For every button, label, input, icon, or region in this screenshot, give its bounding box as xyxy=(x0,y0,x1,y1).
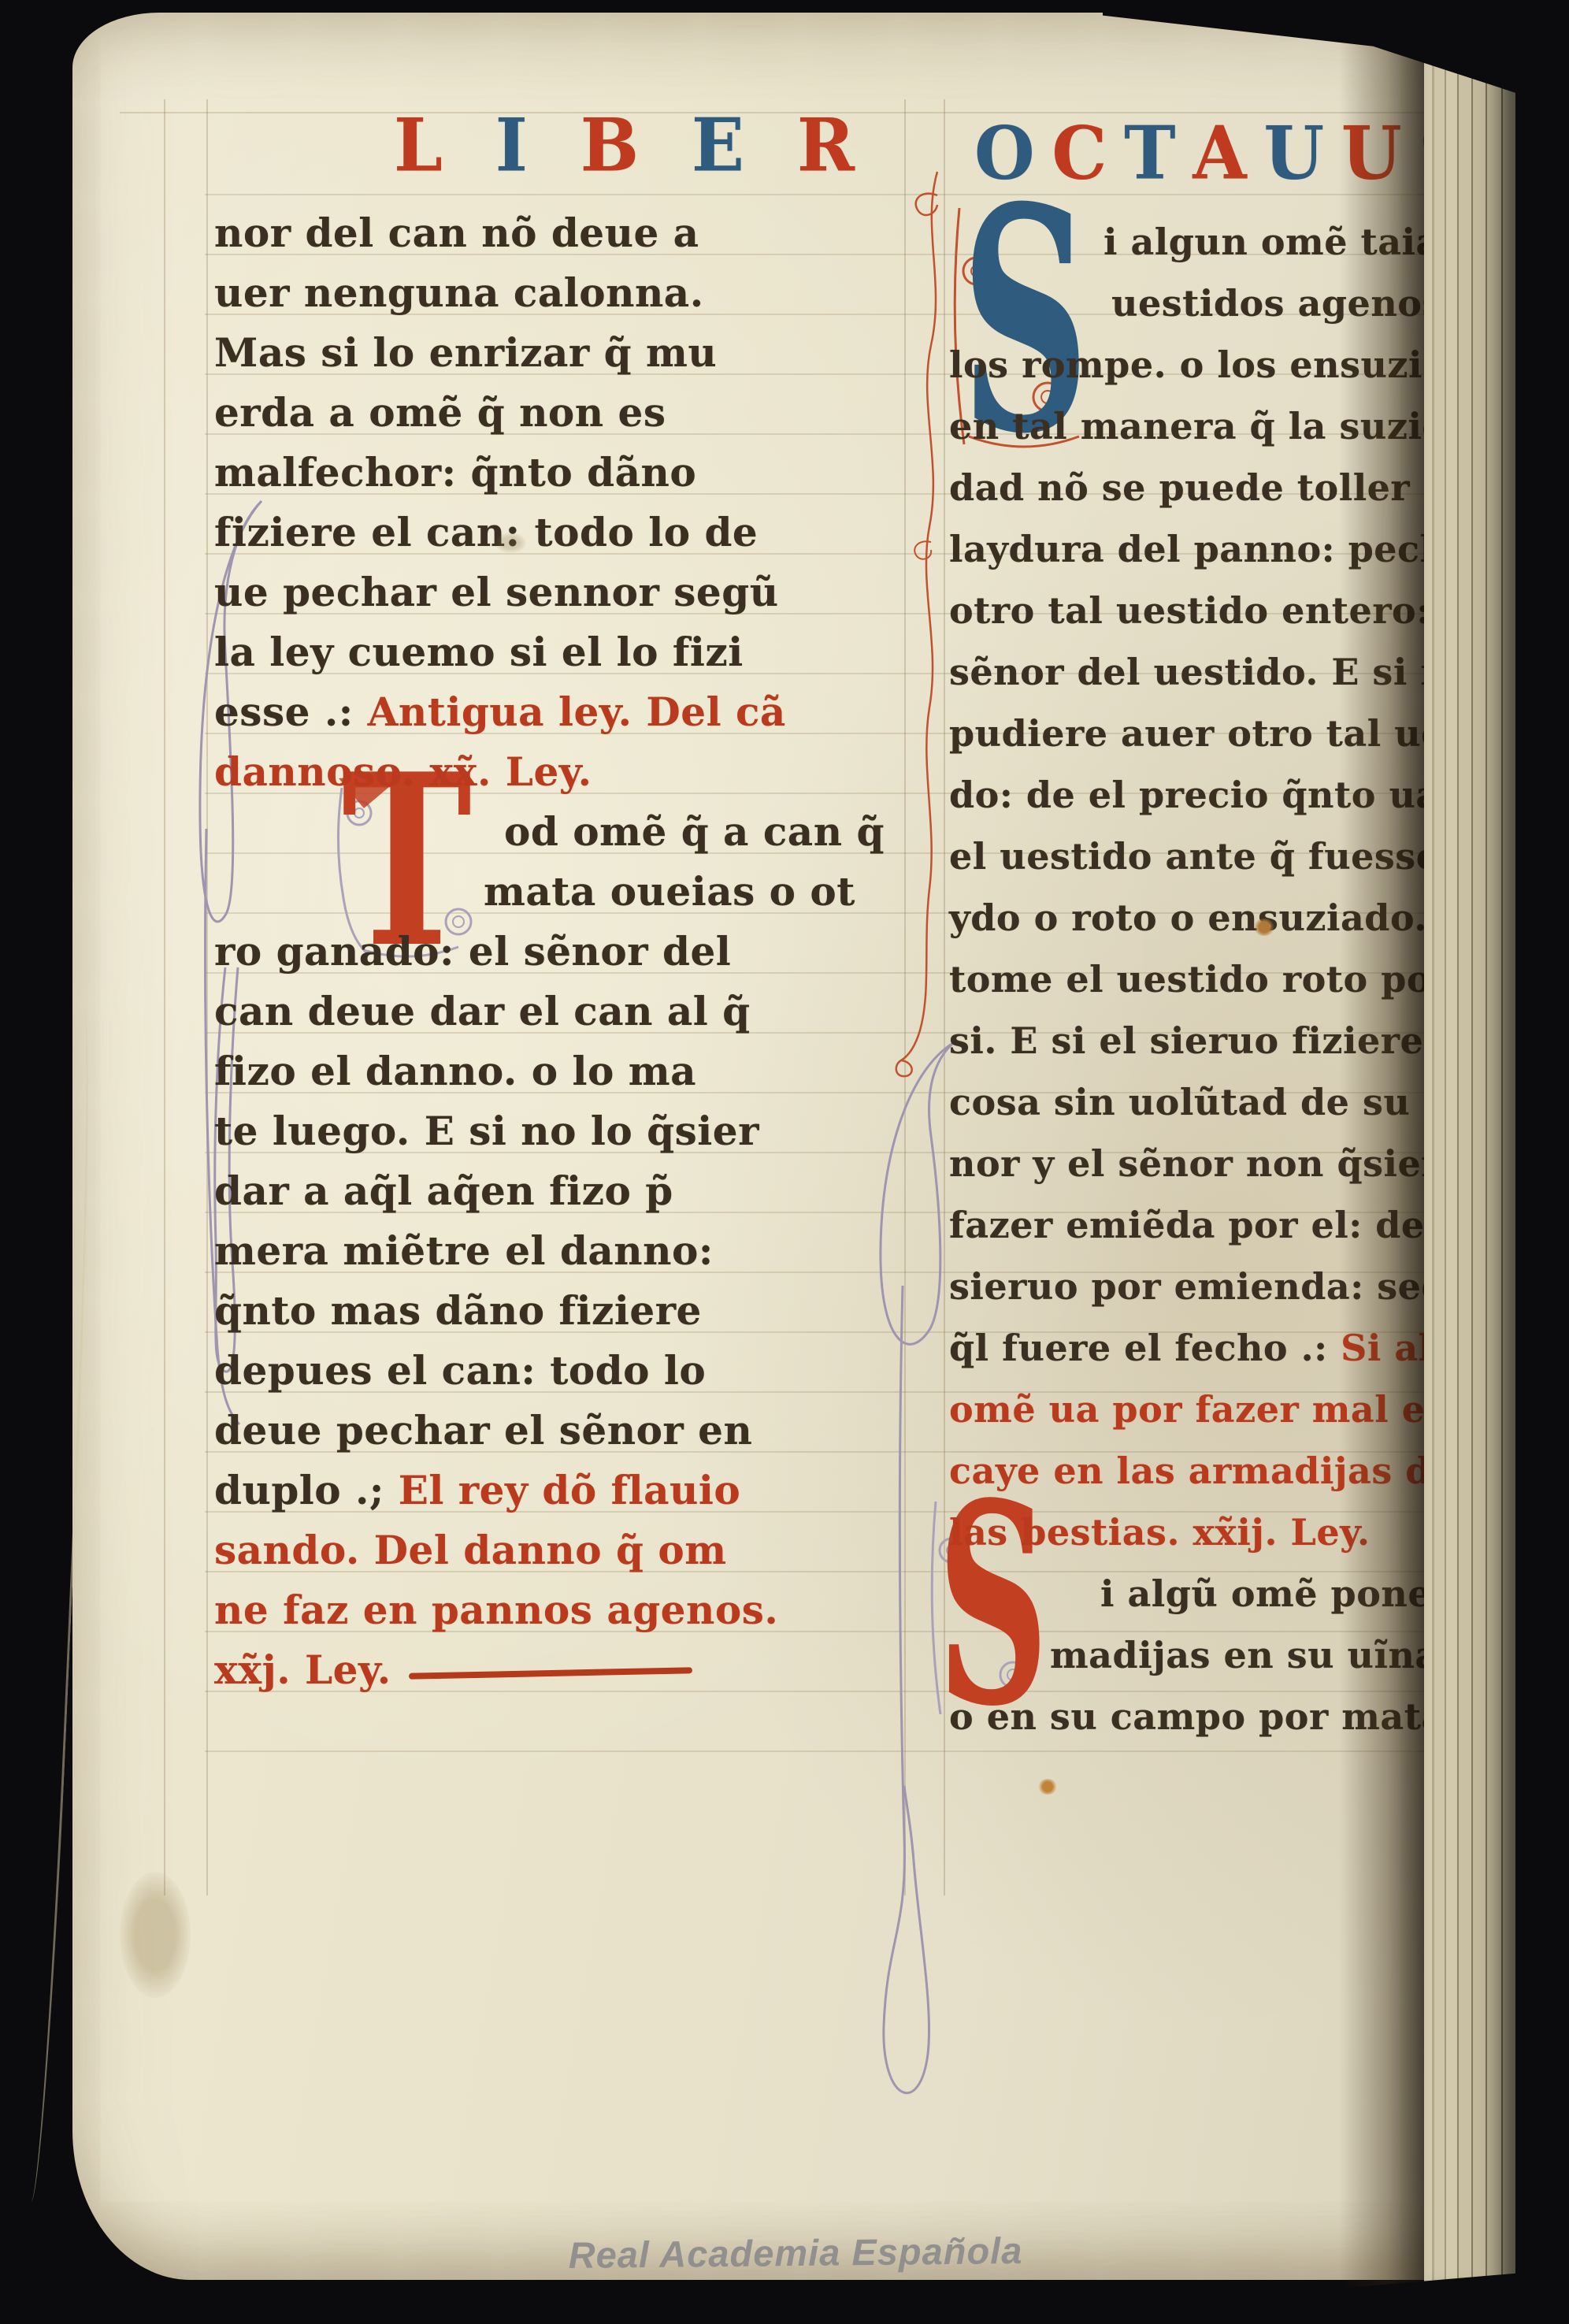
text-segment: depues el can: todo lo xyxy=(214,1347,706,1394)
manuscript-line: can deue dar el can al q̃ xyxy=(214,982,907,1041)
manuscript-line: Mas si lo enrizar q̃ mu xyxy=(214,323,907,383)
header-letter: L xyxy=(394,107,443,184)
text-segment: fizo el danno. o lo ma xyxy=(214,1048,696,1094)
watermark: Real Academia Española xyxy=(551,2229,1040,2277)
manuscript-line: depues el can: todo lo xyxy=(214,1341,907,1401)
text-segment: te luego. E si no lo q̃sier xyxy=(214,1108,759,1154)
text-segment: ue pechar el sennor segũ xyxy=(214,569,779,615)
header-letter: E xyxy=(692,107,744,184)
manuscript-line: mata oueias o ot xyxy=(214,862,907,922)
text-segment: Mas si lo enrizar q̃ mu xyxy=(214,329,717,376)
header-letter: I xyxy=(495,107,528,184)
manuscript-line: la ley cuemo si el lo fizi xyxy=(214,622,907,682)
text-segment: dar a aq̃l aq̃en fizo p̃ xyxy=(214,1168,673,1214)
manuscript-line: q̃nto mas dãno fiziere xyxy=(214,1281,907,1341)
header-letter: T xyxy=(1124,115,1175,191)
manuscript-line: erda a omẽ q̃ non es xyxy=(214,383,907,443)
text-segment: ne faz en pannos agenos. xyxy=(214,1587,778,1633)
text-segment: Antigua ley. Del cã xyxy=(368,689,786,735)
manuscript-line: dar a aq̃l aq̃en fizo p̃ xyxy=(214,1161,907,1221)
text-segment: duplo .; xyxy=(214,1467,399,1513)
text-segment: malfechor: q̃nto dãno xyxy=(214,449,696,496)
text-segment: dannoso. xx̃. Ley. xyxy=(214,748,592,795)
text-segment: ro ganado: el sẽnor del xyxy=(214,928,731,975)
text-segment: fiziere el can: todo lo de xyxy=(214,509,758,555)
manuscript-line: mera miẽtre el danno: xyxy=(214,1221,907,1281)
manuscript-line: fizo el danno. o lo ma xyxy=(214,1041,907,1101)
text-segment: od omẽ q̃ a can q̃ xyxy=(504,808,885,855)
text-segment: El rey dõ flauio xyxy=(399,1467,740,1513)
manuscript-line: xx̃j. Ley. xyxy=(214,1640,907,1700)
text-segment: xx̃j. Ley. xyxy=(214,1646,391,1693)
text-segment: q̃nto mas dãno fiziere xyxy=(214,1287,702,1334)
photo-scene: LIBER OCTAUUS T S xyxy=(0,0,1569,2324)
header-letter: R xyxy=(797,107,855,184)
manuscript-page: LIBER OCTAUUS T S xyxy=(72,13,1459,2280)
ruling-margin-line xyxy=(164,99,165,1895)
manuscript-line: ne faz en pannos agenos. xyxy=(214,1580,907,1640)
text-segment: sando. Del danno q̃ om xyxy=(214,1527,727,1573)
manuscript-line: dannoso. xx̃. Ley. xyxy=(214,742,907,802)
manuscript-line: duplo .; El rey dõ flauio xyxy=(214,1461,907,1520)
text-segment: uer nenguna calonna. xyxy=(214,269,704,316)
manuscript-line: malfechor: q̃nto dãno xyxy=(214,443,907,503)
manuscript-line: ro ganado: el sẽnor del xyxy=(214,922,907,982)
parchment-stain xyxy=(1254,919,1274,936)
text-segment: mera miẽtre el danno: xyxy=(214,1227,714,1274)
text-segment: nor del can nõ deue a xyxy=(214,210,699,256)
header-letter: A xyxy=(1193,115,1246,191)
manuscript-line: deue pechar el sẽnor en xyxy=(214,1401,907,1461)
header-letter: B xyxy=(580,107,639,184)
rubric-filler-line xyxy=(409,1667,692,1680)
text-segment: erda a omẽ q̃ non es xyxy=(214,389,666,436)
text-segment: las bestias. xx̃ij. Ley. xyxy=(949,1511,1371,1554)
manuscript-line: ue pechar el sennor segũ xyxy=(214,562,907,622)
manuscript-line: sando. Del danno q̃ om xyxy=(214,1520,907,1580)
page-edges-stack xyxy=(1424,46,1515,2296)
header-letter: U xyxy=(1263,115,1324,191)
parchment-stain xyxy=(120,1872,191,1998)
header-liber: LIBER xyxy=(394,109,855,181)
manuscript-line: od omẽ q̃ a can q̃ xyxy=(214,802,907,862)
text-column-left: nor del can nõ deue auer nenguna calonna… xyxy=(214,203,907,1700)
page-edge-sliver xyxy=(17,1005,98,2203)
manuscript-line: te luego. E si no lo q̃sier xyxy=(214,1101,907,1161)
text-segment: mata oueias o ot xyxy=(484,868,855,915)
manuscript-line: fiziere el can: todo lo de xyxy=(214,503,907,562)
text-segment: deue pechar el sẽnor en xyxy=(214,1407,752,1453)
manuscript-line: esse .: Antigua ley. Del cã xyxy=(214,682,907,742)
text-segment: can deue dar el can al q̃ xyxy=(214,988,751,1034)
text-segment: q̃l fuere el fecho .: xyxy=(949,1327,1341,1369)
text-segment: la ley cuemo si el lo fizi xyxy=(214,629,744,675)
manuscript-line: uer nenguna calonna. xyxy=(214,263,907,323)
book-gutter-shadow xyxy=(1339,0,1427,2324)
parchment-stain xyxy=(1038,1779,1057,1795)
text-segment: esse .: xyxy=(214,689,368,735)
parchment-stain xyxy=(495,533,526,553)
manuscript-line: nor del can nõ deue a xyxy=(214,203,907,263)
